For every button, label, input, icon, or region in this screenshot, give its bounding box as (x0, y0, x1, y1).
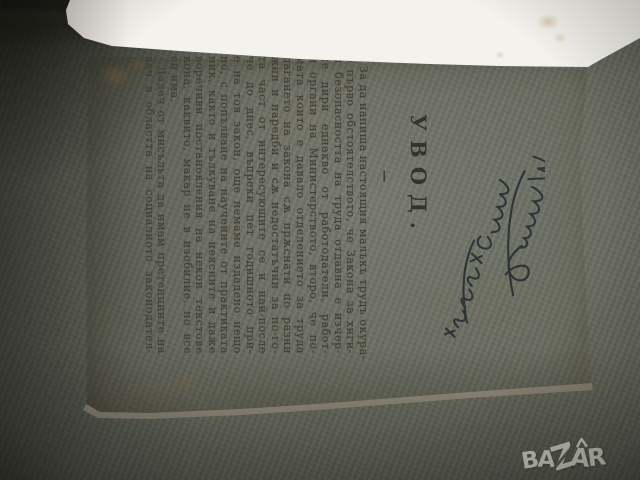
flipped-page-shadow (0, 0, 518, 23)
text-line: но, с попълване на научените от практика… (218, 56, 231, 354)
text-line: и органи на Министерството, второ, че по… (306, 56, 319, 354)
text-line: воречиви постановления на некои текстове (193, 56, 206, 354)
flipped-page (0, 0, 640, 480)
page-content-rotated: УВОД. — За да напиша настоящия малъкъ тр… (125, 56, 545, 354)
watermark-letter: A (537, 449, 556, 473)
background-shadow (0, 0, 640, 480)
vignette-overlay (0, 0, 640, 480)
watermark-letter: R (586, 444, 607, 470)
book-page (0, 0, 640, 480)
watermark-letter: Z (547, 437, 580, 476)
photo-scene: { "scene": { "type": "photograph", "subj… (0, 0, 640, 480)
text-line: се дири еднакво от работодатели, работ- (319, 56, 332, 354)
text-line: мата които е давало отделението за труда (293, 56, 306, 354)
text-line: лагането на закона сѫ прѫснати по разни (281, 56, 294, 354)
shopping-bag-handle-icon (575, 438, 590, 449)
fabric-background (0, 0, 640, 480)
text-line: е на тоя закон, още немаме издадено нещо (230, 56, 243, 354)
book-cast-shadow (0, 0, 540, 38)
page-shading-and-stains (0, 0, 640, 480)
text-line: Далеч от мисъльта да имам претенциите на (155, 56, 168, 354)
watermark-letter: A (570, 444, 591, 471)
body-text: За да напиша настоящия малъкъ трудъ окур… (142, 56, 369, 354)
text-line: ник, както и тълкуване на неясните и даж… (205, 56, 218, 354)
page-stack-edge (0, 0, 640, 480)
watermark-bag: A (570, 445, 591, 471)
handwritten-inscription (415, 56, 545, 354)
watermark-letter: B (520, 448, 541, 473)
text-line: и безопасността на труда отдавна е изчер… (331, 56, 344, 354)
text-line: че до днес, въпреки пет годишното при- (243, 56, 256, 354)
title-divider: — (378, 56, 392, 296)
page-title: УВОД. (404, 56, 433, 296)
text-line: вач в областта на социалното законодател… (142, 56, 155, 354)
bazar-watermark: B A Z A R (520, 425, 606, 473)
text-line: е първо обстоятелството, че Закона за хи… (344, 56, 357, 354)
text-line: си има. (168, 56, 181, 354)
text-line: жни и наредби и сѫ недостатъчни за по-го… (268, 56, 281, 354)
text-line: За да напиша настоящия малъкъ трудъ окур… (356, 56, 369, 354)
text-line: кона, каквито, макар не в изобилие, но в… (180, 56, 193, 354)
text-line: та част от интересующите се и най-после (256, 56, 269, 354)
